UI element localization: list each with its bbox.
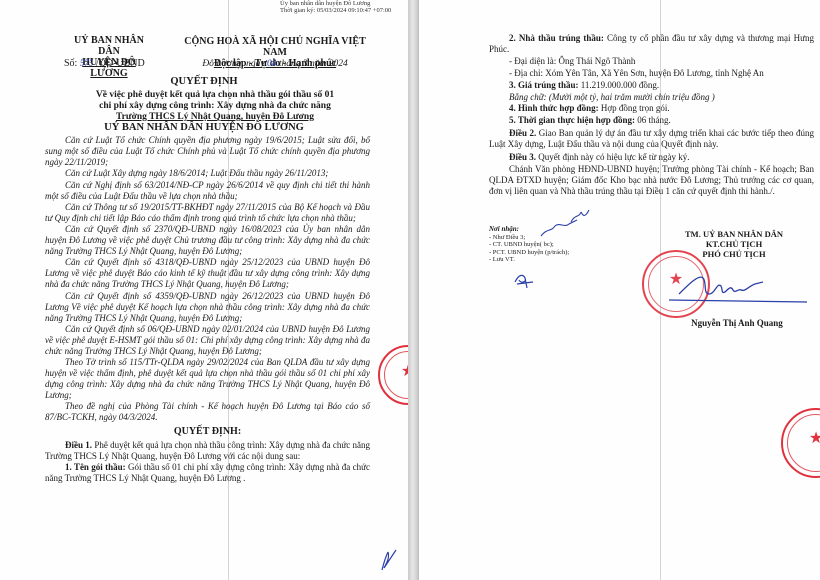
item-5: 5. Thời gian thực hiện hợp đồng: 06 thán… <box>489 115 814 126</box>
article-1: Điều 1. Phê duyệt kết quả lựa chọn nhà t… <box>45 440 370 462</box>
article-3: Điều 3. Quyết định này có hiệu lực kể từ… <box>489 152 814 163</box>
execution-clause: Chánh Văn phòng HĐND-UBND huyện; Trưởng … <box>489 164 814 197</box>
nation-title: CỘNG HOÀ XÃ HỘI CHỦ NGHĨA VIỆT NAM <box>175 36 375 58</box>
decision-content: 2. Nhà thầu trúng thầu: Công ty cổ phần … <box>489 33 814 198</box>
signature-time: Thời gian ký: 05/03/2024 09:10:47 +07:00 <box>280 7 391 14</box>
legal-basis: Căn cứ Quyết định số 06/QĐ-UBND ngày 02/… <box>45 324 370 357</box>
subject-line: Về việc phê duyệt kết quả lựa chọn nhà t… <box>60 90 370 101</box>
legal-basis: Căn cứ Thông tư số 19/2015/TT-BKHĐT ngày… <box>45 202 370 224</box>
legal-basis: Theo Tờ trình số 115/TTr-QLDA ngày 29/02… <box>45 357 370 401</box>
handwritten-signature <box>659 264 809 304</box>
article-text: Phê duyệt kết quả lựa chọn nhà thầu công… <box>45 440 370 461</box>
digital-signature-info: Ủy ban nhân dân huyện Đô Lương Thời gian… <box>280 0 391 14</box>
recipient-item: - Lưu VT. <box>489 256 569 264</box>
legal-basis: Căn cứ Nghị định số 63/2014/NĐ-CP ngày 2… <box>45 180 370 202</box>
item-1: 1. Tên gói thầu: Gói thầu số 01 chi phí … <box>45 462 370 484</box>
initials-scribble <box>511 268 537 290</box>
issuing-authority: UỶ BAN NHÂN DÂN HUYỆN ĐÔ LƯƠNG <box>64 35 154 79</box>
item-label: 4. Hình thức hợp đồng: <box>509 103 599 113</box>
article-2: Điều 2. Giao Ban quản lý dự án đầu tư xâ… <box>489 128 814 150</box>
date-prefix: Đô Lương, ngày <box>202 59 264 69</box>
article-label: Điều 1. <box>65 440 92 450</box>
sign-title-1: TM. UỶ BAN NHÂN DÂN <box>659 229 809 239</box>
document-date: Đô Lương, ngày 04 tháng 3 năm 2024 <box>175 59 375 69</box>
document-page-1: Ủy ban nhân dân huyện Đô Lương Thời gian… <box>0 0 408 580</box>
item-label: 1. Tên gói thầu: <box>65 462 126 472</box>
document-number: Số: 575 /QĐ-UBND <box>64 58 145 69</box>
doc-number-handwritten: 575 <box>80 58 94 68</box>
contractor-address: - Địa chỉ: Xóm Yên Tân, Xã Yên Sơn, huyệ… <box>489 68 814 79</box>
article-text: Giao Ban quản lý dự án đầu tư xây dựng t… <box>489 128 814 149</box>
winning-price: 11.219.000.000 đồng. <box>581 80 659 90</box>
legal-bases: Căn cứ Luật Tổ chức Chính quyền địa phươ… <box>45 135 370 485</box>
page-separator <box>408 0 419 580</box>
legal-basis: Căn cứ Luật Tổ chức Chính quyền địa phươ… <box>45 135 370 168</box>
recipient-item: - CT. UBND huyện( bc); <box>489 241 569 249</box>
initials-scribble <box>569 208 591 224</box>
issuer-line-1: UỶ BAN NHÂN DÂN <box>64 35 154 57</box>
contractor-representative: - Đại diện là: Ông Thái Ngô Thành <box>489 56 814 67</box>
subject-line: chi phí xây dựng công trình: Xây dựng nh… <box>60 101 370 112</box>
official-seal-partial: ★ <box>781 408 820 478</box>
sign-title-2: KT.CHỦ TỊCH <box>659 239 809 249</box>
article-text: Quyết định này có hiệu lực kể từ ngày ký… <box>538 152 689 162</box>
item-text: 06 tháng. <box>637 115 671 125</box>
doc-number-suffix: /QĐ-UBND <box>96 58 145 69</box>
legal-basis: Căn cứ Quyết định số 4359/QĐ-UBND ngày 2… <box>45 291 370 324</box>
item-label: 2. Nhà thầu trúng thầu: <box>509 33 604 43</box>
date-suffix: tháng 3 năm 2024 <box>279 59 348 69</box>
amount-in-words: Bằng chữ: (Mười một tỷ, hai trăm mười ch… <box>489 92 814 103</box>
date-day-handwritten: 04 <box>267 59 277 69</box>
article-label: Điều 2. <box>509 128 536 138</box>
signature-signer: Ủy ban nhân dân huyện Đô Lương <box>280 0 391 7</box>
item-3: 3. Giá trúng thầu: 11.219.000.000 đồng. <box>489 80 814 91</box>
article-label: Điều 3. <box>509 152 536 162</box>
legal-basis: Theo đề nghị của Phòng Tài chính - Kế ho… <box>45 401 370 423</box>
legal-basis: Căn cứ Quyết định số 4318/QĐ-UBND ngày 2… <box>45 257 370 290</box>
legal-basis: Căn cứ Quyết định số 2370/QĐ-UBND ngày 1… <box>45 224 370 257</box>
recipient-item: - PCT. UBND huyện (p/trách); <box>489 249 569 257</box>
document-page-2: 2. Nhà thầu trúng thầu: Công ty cổ phần … <box>419 0 820 580</box>
item-label: 5. Thời gian thực hiện hợp đồng: <box>509 115 635 125</box>
official-seal-partial: ★ <box>378 345 408 405</box>
legal-basis: Căn cứ Luật Xây dựng ngày 18/6/2014; Luậ… <box>45 168 370 179</box>
signer-name: Nguyễn Thị Anh Quang <box>662 318 812 328</box>
document-subject: Về việc phê duyệt kết quả lựa chọn nhà t… <box>60 90 370 123</box>
item-2: 2. Nhà thầu trúng thầu: Công ty cổ phần … <box>489 33 814 55</box>
item-text: Hợp đồng trọn gói. <box>601 103 670 113</box>
initials-scribble <box>378 548 398 572</box>
doc-number-prefix: Số: <box>64 58 77 69</box>
document-type: QUYẾT ĐỊNH <box>0 76 408 87</box>
item-4: 4. Hình thức hợp đồng: Hợp đồng trọn gói… <box>489 103 814 114</box>
authority-heading: UỶ BAN NHÂN DÂN HUYỆN ĐÔ LƯƠNG <box>0 122 408 133</box>
item-label: 3. Giá trúng thầu: <box>509 80 579 90</box>
decision-heading: QUYẾT ĐỊNH: <box>45 427 370 438</box>
